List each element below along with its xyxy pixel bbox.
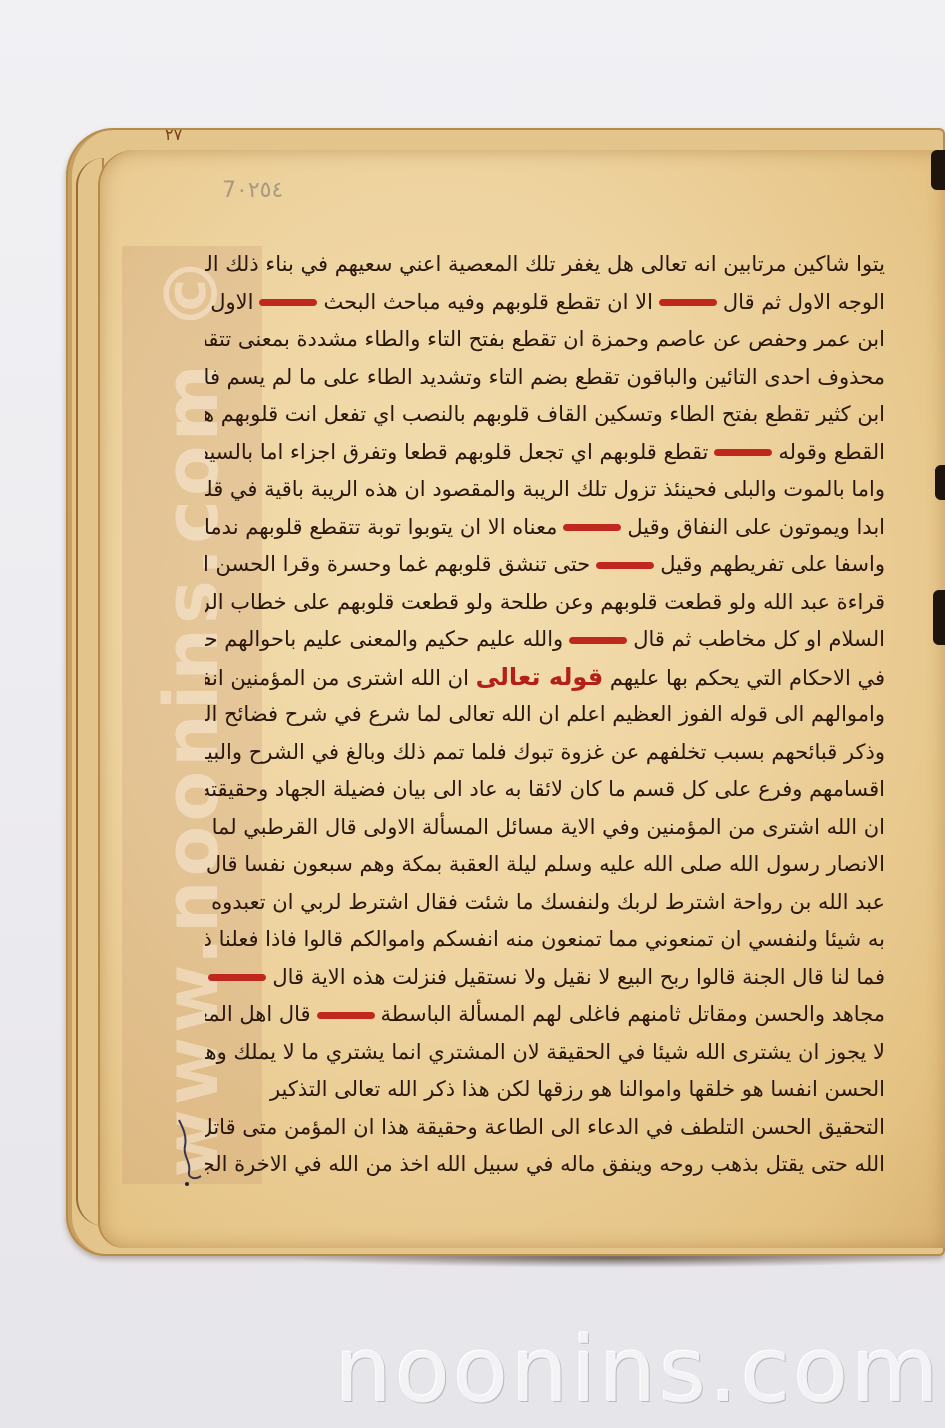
text-line: عبد الله بن رواحة اشترط لربك ولنفسك ما ش… bbox=[205, 884, 885, 922]
manuscript-text-block: يتوا شاكين مرتابين انه تعالى هل يغفر تلك… bbox=[205, 246, 885, 1184]
line-text: واسفا على تفريطهم وقيل bbox=[660, 552, 885, 576]
line-text: ان الله اشترى من المؤمنين انفسهم bbox=[205, 666, 469, 690]
rubric-overline bbox=[259, 299, 317, 306]
text-line: واما بالموت والبلى فحينئذ تزول تلك الريب… bbox=[205, 471, 885, 509]
line-text: واما بالموت والبلى فحينئذ تزول تلك الريب… bbox=[205, 477, 885, 501]
corner-annotation: ٢٧ bbox=[165, 125, 182, 144]
text-line: الانصار رسول الله صلى الله عليه وسلم ليل… bbox=[205, 846, 885, 884]
line-text: التحقيق الحسن التلطف في الدعاء الى الطاع… bbox=[205, 1115, 885, 1139]
text-line: ابدا ويموتون على النفاق وقيلمعناه الا ان… bbox=[205, 509, 885, 547]
line-text: مجاهد والحسن ومقاتل ثامنهم فاغلى لهم الم… bbox=[381, 1002, 885, 1026]
line-text: محذوف احدى التائين والباقون تقطع بضم الت… bbox=[205, 365, 885, 389]
text-line: السلام او كل مخاطب ثم قالوالله عليم حكيم… bbox=[205, 621, 885, 659]
rubric-heading: قوله تعالى bbox=[476, 663, 604, 691]
line-text: القطع وقوله bbox=[778, 440, 885, 464]
rubric-overline bbox=[714, 449, 772, 456]
line-text: وذكر قبائحهم بسبب تخلفهم عن غزوة تبوك فل… bbox=[205, 740, 885, 764]
line-text: والله عليم حكيم والمعنى عليم باحوالهم حك… bbox=[205, 627, 563, 651]
text-line: وذكر قبائحهم بسبب تخلفهم عن غزوة تبوك فل… bbox=[205, 734, 885, 772]
line-text: قراءة عبد الله ولو قطعت قلوبهم وعن طلحة … bbox=[205, 590, 885, 614]
line-text: الاول قراء bbox=[205, 290, 253, 314]
line-text: ابن كثير تقطع بفتح الطاء وتسكين القاف قل… bbox=[205, 402, 885, 426]
text-line: محذوف احدى التائين والباقون تقطع بضم الت… bbox=[205, 359, 885, 397]
line-text: تقطع قلوبهم اي تجعل قلوبهم قطعا وتفرق اج… bbox=[205, 440, 708, 464]
line-text: عبد الله بن رواحة اشترط لربك ولنفسك ما ش… bbox=[205, 890, 885, 914]
line-text: الانصار رسول الله صلى الله عليه وسلم ليل… bbox=[206, 852, 885, 876]
line-text: ان الله اشترى من المؤمنين وفي الاية مسائ… bbox=[205, 815, 885, 839]
text-line: القطع وقولهتقطع قلوبهم اي تجعل قلوبهم قط… bbox=[205, 434, 885, 472]
ink-scribble-mark bbox=[175, 1118, 205, 1188]
text-line: ابن عمر وحفص عن عاصم وحمزة ان تقطع بفتح … bbox=[205, 321, 885, 359]
text-line: في الاحكام التي يحكم بها عليهم قوله تعال… bbox=[205, 659, 885, 697]
edge-damage-stain bbox=[933, 590, 945, 645]
line-text: الا ان تقطع قلوبهم وفيه مباحث البحث bbox=[323, 290, 652, 314]
line-text: حتى تنشق قلوبهم غما وحسرة وقرا الحسن الى… bbox=[205, 552, 590, 576]
line-text: به شيئا ولنفسي ان تمنعوني مما تمنعون منه… bbox=[205, 927, 885, 951]
text-line: الوجه الاول ثم قالالا ان تقطع قلوبهم وفي… bbox=[205, 284, 885, 322]
text-line: اقسامهم وفرع على كل قسم ما كان لائقا به … bbox=[205, 771, 885, 809]
text-line: الله حتى يقتل بذهب روحه وينفق ماله في سب… bbox=[205, 1146, 885, 1184]
text-line: الحسن انفسا هو خلقها واموالنا هو رزقها ل… bbox=[205, 1071, 885, 1109]
text-line: واموالهم الى قوله الفوز العظيم اعلم ان ا… bbox=[205, 696, 885, 734]
line-text: لا يجوز ان يشترى الله شيئا في الحقيقة لا… bbox=[205, 1040, 885, 1064]
footer-watermark: noonins.com bbox=[335, 1318, 942, 1423]
rubric-overline bbox=[569, 637, 627, 644]
line-text: ابن عمر وحفص عن عاصم وحمزة ان تقطع بفتح … bbox=[205, 327, 885, 351]
edge-damage-stain bbox=[931, 150, 945, 190]
rubric-overline bbox=[208, 974, 266, 981]
text-line: قراءة عبد الله ولو قطعت قلوبهم وعن طلحة … bbox=[205, 584, 885, 622]
text-line: به شيئا ولنفسي ان تمنعوني مما تمنعون منه… bbox=[205, 921, 885, 959]
line-text: ابدا ويموتون على النفاق وقيل bbox=[627, 515, 885, 539]
text-line: فما لنا قال الجنة قالوا ربح البيع لا نقي… bbox=[205, 959, 885, 997]
line-text: الوجه الاول ثم قال bbox=[723, 290, 885, 314]
text-line: يتوا شاكين مرتابين انه تعالى هل يغفر تلك… bbox=[205, 246, 885, 284]
edge-damage-stain bbox=[935, 465, 945, 500]
line-text: السلام او كل مخاطب ثم قال bbox=[633, 627, 885, 651]
line-text: يتوا شاكين مرتابين انه تعالى هل يغفر تلك… bbox=[205, 252, 885, 276]
line-text: قال اهل المعاني bbox=[205, 1002, 311, 1026]
line-text: معناه الا ان يتوبوا توبة تتقطع قلوبهم ند… bbox=[205, 515, 557, 539]
rubric-overline bbox=[317, 1012, 375, 1019]
text-line: لا يجوز ان يشترى الله شيئا في الحقيقة لا… bbox=[205, 1034, 885, 1072]
line-text: اقسامهم وفرع على كل قسم ما كان لائقا به … bbox=[205, 777, 885, 801]
line-text: في الاحكام التي يحكم بها عليهم bbox=[610, 666, 885, 690]
text-line: التحقيق الحسن التلطف في الدعاء الى الطاع… bbox=[205, 1109, 885, 1147]
line-text: الله حتى يقتل بذهب روحه وينفق ماله في سب… bbox=[205, 1152, 885, 1176]
rubric-overline bbox=[596, 562, 654, 569]
line-text: واموالهم الى قوله الفوز العظيم اعلم ان ا… bbox=[205, 702, 885, 726]
rubric-overline bbox=[563, 524, 621, 531]
line-text: فما لنا قال الجنة قالوا ربح البيع لا نقي… bbox=[272, 965, 885, 989]
text-line: ابن كثير تقطع بفتح الطاء وتسكين القاف قل… bbox=[205, 396, 885, 434]
line-text: الحسن انفسا هو خلقها واموالنا هو رزقها ل… bbox=[270, 1077, 885, 1101]
text-line: مجاهد والحسن ومقاتل ثامنهم فاغلى لهم الم… bbox=[205, 996, 885, 1034]
pencil-shelfmark: 7٠٢٥٤ bbox=[222, 178, 283, 203]
rubric-overline bbox=[659, 299, 717, 306]
text-line: واسفا على تفريطهم وقيلحتى تنشق قلوبهم غم… bbox=[205, 546, 885, 584]
text-line: ان الله اشترى من المؤمنين وفي الاية مسائ… bbox=[205, 809, 885, 847]
